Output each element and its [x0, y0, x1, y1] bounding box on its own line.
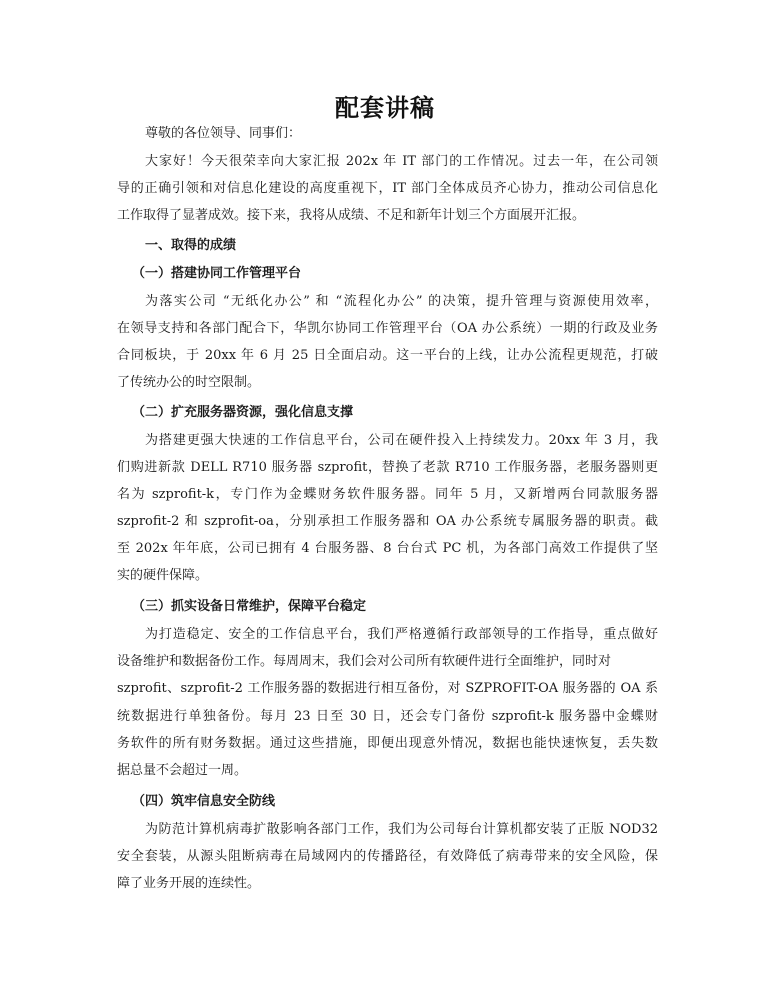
intro-line: 大家好！今天很荣幸向大家汇报 202x 年 IT 部门的工作情况。过去一年，在公… [145, 153, 658, 171]
paragraph-line: szprofit、szprofit-2 工作服务器的数据进行相互备份，对 SZP… [117, 680, 658, 698]
paragraph-line: 至 202x 年年底，公司已拥有 4 台服务器、8 台台式 PC 机，为各部门高… [117, 540, 658, 558]
subsection-heading: （四）筑牢信息安全防线 [132, 793, 658, 811]
paragraph-line: 为落实公司 “无纸化办公” 和 “流程化办公” 的决策，提升管理与资源使用效率， [145, 293, 658, 311]
subsection-heading: （三）抓实设备日常维护，保障平台稳定 [132, 598, 658, 616]
salutation: 尊敬的各位领导、同事们： [145, 125, 658, 143]
paragraph-line: 为打造稳定、安全的工作信息平台，我们严格遵循行政部领导的工作指导，重点做好 [145, 626, 658, 644]
paragraph-line: 名为 szprofit-k，专门作为金蝶财务软件服务器。同年 5 月，又新增两台… [117, 486, 658, 504]
subsection-heading: （二）扩充服务器资源，强化信息支撑 [132, 404, 658, 422]
paragraph-line: 在领导支持和各部门配合下，华凯尔协同工作管理平台（OA 办公系统）一期的行政及业… [117, 320, 658, 338]
paragraph-line: 据总量不会超过一周。 [117, 762, 658, 780]
subsection-heading: （一）搭建协同工作管理平台 [132, 265, 658, 283]
paragraph-line: 实的硬件保障。 [117, 567, 658, 585]
paragraph-line: 设备维护和数据备份工作。每周周末，我们会对公司所有软硬件进行全面维护，同时对 [117, 653, 658, 671]
paragraph-line: 安全套装，从源头阻断病毒在局域网内的传播路径，有效降低了病毒带来的安全风险，保 [117, 848, 658, 866]
intro-line: 工作取得了显著成效。接下来，我将从成绩、不足和新年计划三个方面展开汇报。 [117, 207, 658, 225]
page-title: 配套讲稿 [0, 88, 770, 123]
document-page: 配套讲稿 尊敬的各位领导、同事们： 大家好！今天很荣幸向大家汇报 202x 年 … [0, 0, 770, 1000]
paragraph-line: 为防范计算机病毒扩散影响各部门工作，我们为公司每台计算机都安装了正版 NOD32 [145, 821, 658, 839]
paragraph-line: 务软件的所有财务数据。通过这些措施，即便出现意外情况，数据也能快速恢复，丢失数 [117, 735, 658, 753]
paragraph-line: 为搭建更强大快速的工作信息平台，公司在硬件投入上持续发力。20xx 年 3 月，… [145, 432, 658, 450]
intro-line: 导的正确引领和对信息化建设的高度重视下，IT 部门全体成员齐心协力，推动公司信息… [117, 180, 658, 198]
paragraph-line: szprofit-2 和 szprofit-oa，分别承担工作服务器和 OA 办… [117, 513, 658, 531]
paragraph-line: 合同板块，于 20xx 年 6 月 25 日全面启动。这一平台的上线，让办公流程… [117, 347, 658, 365]
paragraph-line: 们购进新款 DELL R710 服务器 szprofit，替换了老款 R710 … [117, 459, 658, 477]
paragraph-line: 统数据进行单独备份。每月 23 日至 30 日，还会专门备份 szprofit-… [117, 708, 658, 726]
paragraph-line: 了传统办公的时空限制。 [117, 374, 658, 392]
paragraph-line: 障了业务开展的连续性。 [117, 875, 658, 893]
section-heading: 一、取得的成绩 [145, 237, 658, 255]
